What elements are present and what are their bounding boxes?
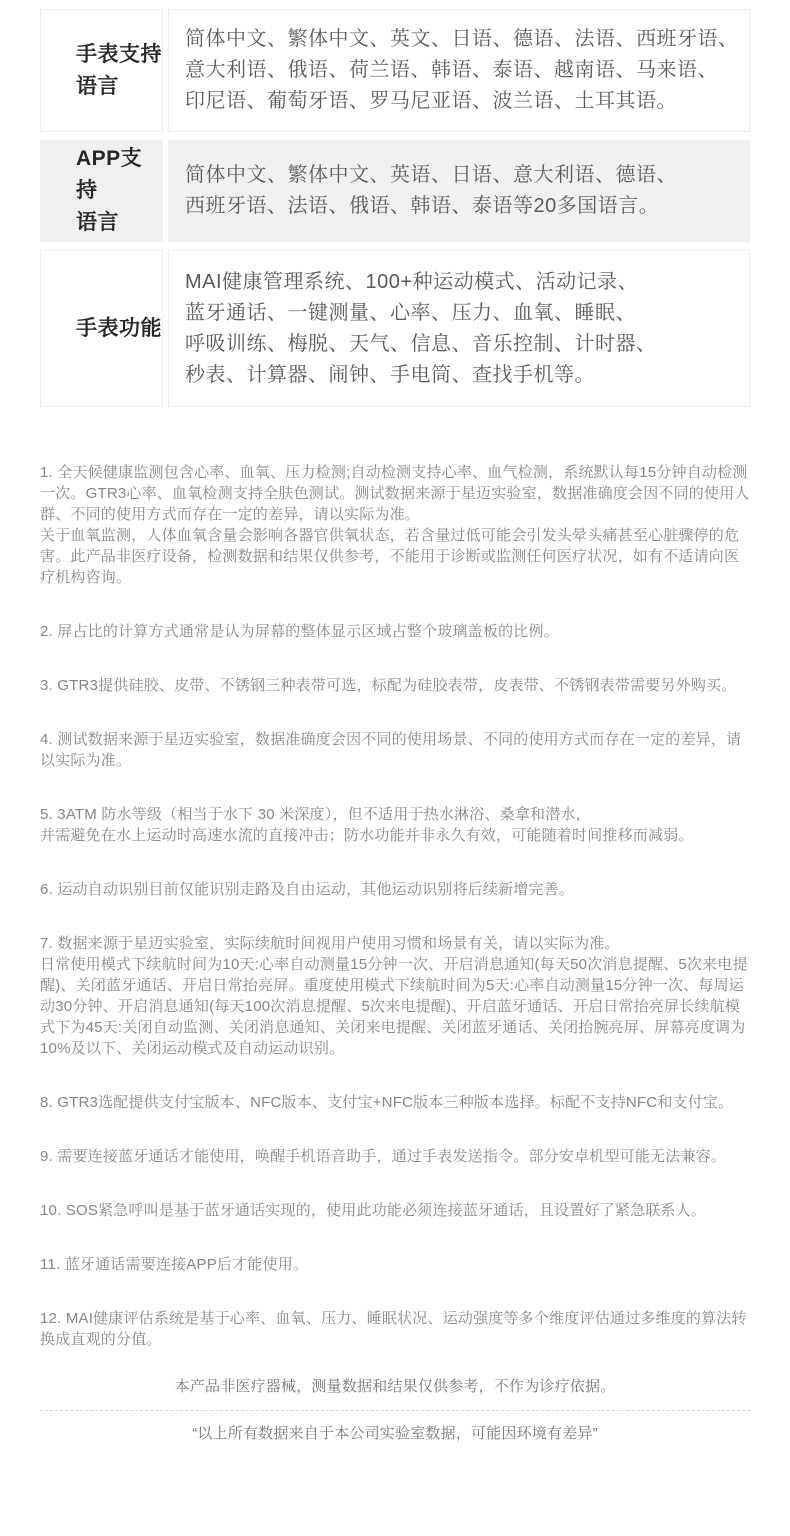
footnote-5: 5. 3ATM 防水等级（相当于水下 30 米深度），但不适用于热水淋浴、桑拿和… [40, 804, 752, 846]
spec-value-app-languages: 简体中文、繁体中文、英语、日语、意大利语、德语、 西班牙语、法语、俄语、韩语、泰… [168, 140, 750, 242]
footnote-10: 10. SOS紧急呼叫是基于蓝牙通话实现的，使用此功能必须连接蓝牙通话，且设置好… [40, 1200, 752, 1221]
spec-value-watch-functions: MAI健康管理系统、100+种运动模式、活动记录、 蓝牙通话、一键测量、心率、压… [168, 250, 750, 407]
dashed-divider [40, 1410, 750, 1411]
spec-row-watch-languages: 手表支持 语言 简体中文、繁体中文、英文、日语、德语、法语、西班牙语、 意大利语… [40, 9, 750, 132]
footnote-8: 8. GTR3选配提供支付宝版本、NFC版本、支付宝+NFC版本三种版本选择。标… [40, 1092, 752, 1113]
footnote-2: 2. 屏占比的计算方式通常是认为屏幕的整体显示区域占整个玻璃盖板的比例。 [40, 621, 752, 642]
spec-table: 手表支持 语言 简体中文、繁体中文、英文、日语、德语、法语、西班牙语、 意大利语… [40, 9, 750, 407]
spec-row-app-languages: APP支持 语言 简体中文、繁体中文、英语、日语、意大利语、德语、 西班牙语、法… [40, 140, 750, 242]
footnote-3: 3. GTR3提供硅胶、皮带、不锈钢三种表带可选，标配为硅胶表带，皮表带、不锈钢… [40, 675, 752, 696]
product-spec-page: 手表支持 语言 简体中文、繁体中文、英文、日语、德语、法语、西班牙语、 意大利语… [0, 0, 790, 1536]
footnote-1: 1. 全天候健康监测包含心率、血氧、压力检测;自动检测支持心率、血气检测，系统默… [40, 462, 752, 588]
footnote-4: 4. 测试数据来源于星迈实验室，数据准确度会因不同的使用场景、不同的使用方式而存… [40, 729, 752, 771]
footer-section: 本产品非医疗器械，测量数据和结果仅供参考，不作为诊疗依据。 “以上所有数据来自于… [0, 1376, 790, 1444]
footer-quote: “以上所有数据来自于本公司实验室数据，可能因环境有差异” [0, 1423, 790, 1444]
spec-label-watch-languages: 手表支持 语言 [40, 9, 163, 132]
footnote-7: 7. 数据来源于星迈实验室，实际续航时间视用户使用习惯和场景有关，请以实际为准。… [40, 933, 752, 1059]
footnotes-section: 1. 全天候健康监测包含心率、血氧、压力检测;自动检测支持心率、血气检测，系统默… [40, 462, 752, 1350]
spec-value-watch-languages: 简体中文、繁体中文、英文、日语、德语、法语、西班牙语、 意大利语、俄语、荷兰语、… [168, 9, 750, 132]
footnote-11: 11. 蓝牙通话需要连接APP后才能使用。 [40, 1254, 752, 1275]
footnote-6: 6. 运动自动识别目前仅能识别走路及自由运动，其他运动识别将后续新增完善。 [40, 879, 752, 900]
footnote-12: 12. MAI健康评估系统是基于心率、血氧、压力、睡眠状况、运动强度等多个维度评… [40, 1308, 752, 1350]
footer-disclaimer: 本产品非医疗器械，测量数据和结果仅供参考，不作为诊疗依据。 [0, 1376, 790, 1397]
spec-label-watch-functions: 手表功能 [40, 250, 163, 407]
spec-row-watch-functions: 手表功能 MAI健康管理系统、100+种运动模式、活动记录、 蓝牙通话、一键测量… [40, 250, 750, 407]
footnote-9: 9. 需要连接蓝牙通话才能使用，唤醒手机语音助手，通过手表发送指令。部分安卓机型… [40, 1146, 752, 1167]
spec-label-app-languages: APP支持 语言 [40, 140, 163, 242]
